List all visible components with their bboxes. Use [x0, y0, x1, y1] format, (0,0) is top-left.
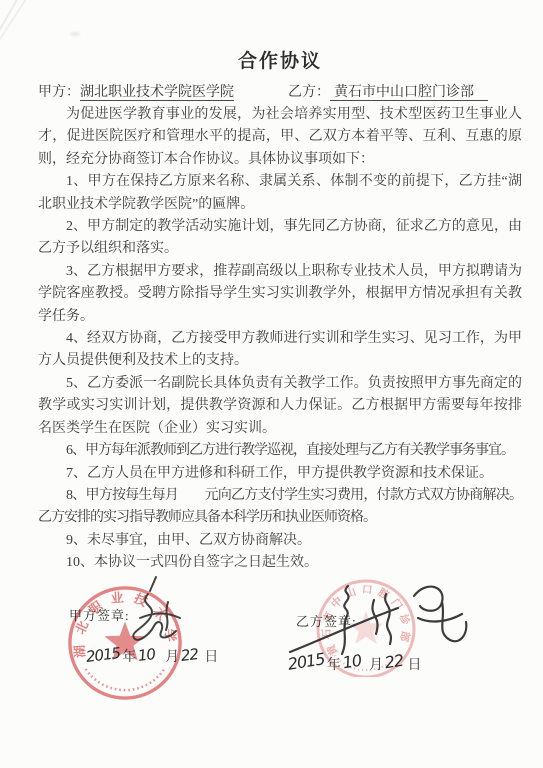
- year-character: 年: [327, 654, 341, 674]
- party-b-date-month-handwritten: 10: [341, 651, 362, 673]
- contract-clause-9: 9、未尽事宜，由甲、乙双方协商解决。: [38, 530, 522, 552]
- contract-clause-4: 4、经双方协商，乙方接受甲方教师进行实训和学生实习、见习工作，为甲方人员提供便利…: [38, 328, 522, 373]
- party-a-name: 湖北职业技术学院医学院: [80, 85, 234, 101]
- intro-paragraph: 为促进医学教育事业的发展，为社会培养实用型、技术型医药卫生事业人才，促进医院医疗…: [38, 104, 522, 171]
- party-a-date-year-handwritten: 2015: [85, 644, 121, 666]
- day-character: 日: [204, 646, 218, 666]
- party-b-date-day-handwritten: 22: [383, 651, 404, 673]
- contract-clause-10: 10、本协议一式四份自签字之日起生效。: [38, 552, 522, 574]
- contract-clause-1: 1、甲方在保持乙方原来名称、隶属关系、体制不变的前提下，乙方挂“湖北职业技术学院…: [38, 171, 522, 216]
- contract-clause-2: 2、甲方制定的教学活动实施计划，事先同乙方协商，征求乙方的意见，由乙方予以组织和…: [38, 216, 522, 261]
- month-character: 月: [165, 646, 179, 666]
- signature-section: 湖北职业技术学院 黄石市中山口腔门诊部 甲方签章: 乙方签章:: [38, 576, 522, 766]
- contract-clause-3: 3、乙方根据甲方要求，推荐副高级以上职称专业技术人员，甲方拟聘请为学院客座教授。…: [38, 261, 522, 328]
- party-a-field: 甲方：湖北职业技术学院医学院: [38, 81, 288, 104]
- contract-clause-5: 5、乙方委派一名副院长具体负责有关教学工作。负责按照甲方事先商定的教学或实习实训…: [38, 373, 522, 440]
- parties-line: 甲方：湖北职业技术学院医学院 乙方：黄石市中山口腔门诊部: [38, 81, 522, 104]
- party-a-label: 甲方：: [38, 85, 80, 100]
- contract-clause-7: 7、乙方人员在甲方进修和科研工作，甲方提供教学资源和技术保证。: [38, 463, 522, 485]
- scanned-contract-page: 合作协议 甲方：湖北职业技术学院医学院 乙方：黄石市中山口腔门诊部 为促进医学教…: [0, 0, 543, 768]
- year-character: 年: [122, 646, 136, 666]
- month-character: 月: [369, 654, 383, 674]
- day-character: 日: [407, 654, 421, 674]
- party-b-field: 乙方：黄石市中山口腔门诊部: [288, 81, 522, 104]
- party-a-date-month-handwritten: 10: [137, 645, 156, 665]
- contract-clause-6: 6、甲方每年派教师到乙方进行教学巡视，直接处理与乙方有关教学事务事宜。: [38, 440, 522, 462]
- scan-smudge: [70, 32, 80, 36]
- scan-artifact-line: [0, 0, 31, 47]
- party-b-date-line: 2015年10月22日: [288, 654, 421, 674]
- contract-body: 为促进医学教育事业的发展，为社会培养实用型、技术型医药卫生事业人才，促进医院医疗…: [38, 104, 522, 575]
- party-b-date-year-handwritten: 2015: [286, 649, 325, 674]
- party-b-name: 黄石市中山口腔门诊部: [330, 85, 488, 101]
- document-title: 合作协议: [38, 46, 522, 73]
- contract-clause-8: 8、甲方按每生每月 元向乙方支付学生实习费用，付款方式双方协商解决。乙方安排的实…: [38, 485, 522, 530]
- party-a-date-day-handwritten: 22: [180, 645, 199, 665]
- party-b-label: 乙方：: [288, 85, 330, 100]
- party-a-date-line: 2015年10月22日: [86, 646, 218, 666]
